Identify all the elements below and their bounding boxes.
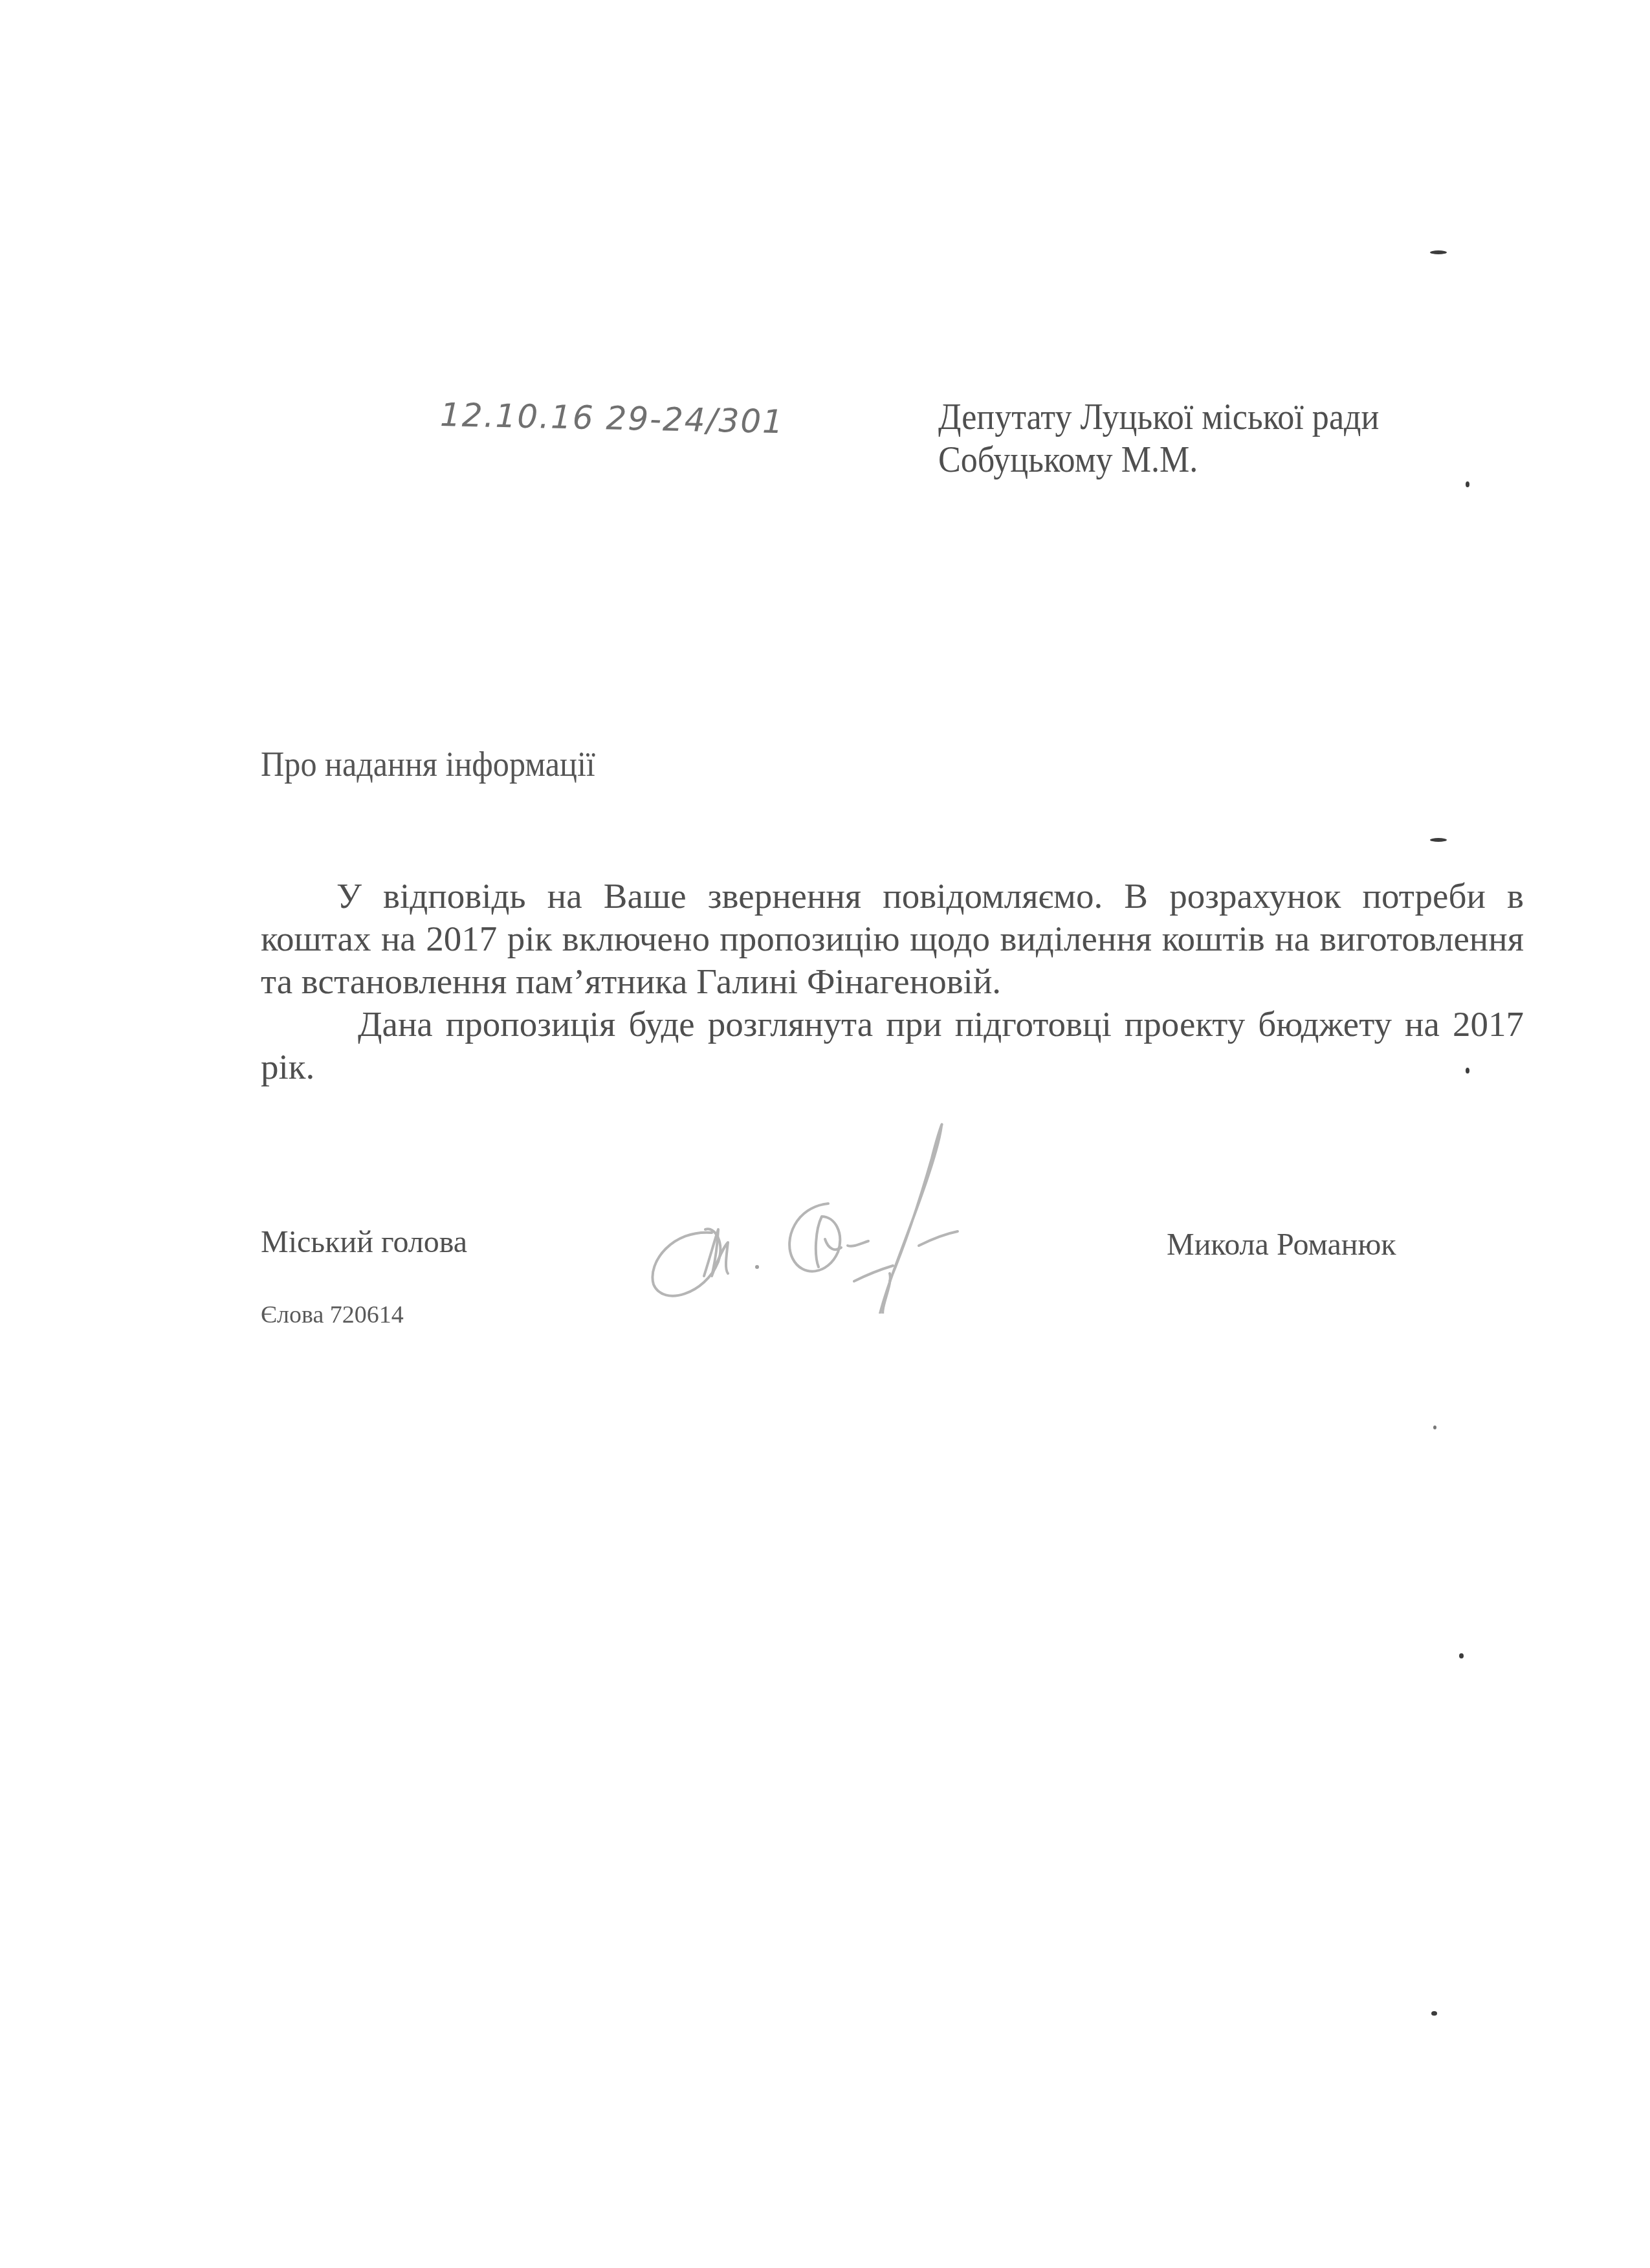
handwritten-signature-icon bbox=[634, 1100, 1126, 1314]
signatory-title: Міський голова bbox=[261, 1224, 467, 1260]
subject-line: Про надання інформації bbox=[261, 744, 595, 784]
addressee-line-2: Собуцькому М.М. bbox=[938, 439, 1379, 481]
executor-note: Єлова 720614 bbox=[261, 1301, 404, 1329]
body-paragraph-2: Дана пропозиція буде розглянута при підг… bbox=[261, 1003, 1524, 1088]
registration-number: 12.10.16 29-24/301 bbox=[439, 396, 784, 441]
scan-speck bbox=[1430, 838, 1447, 842]
scan-speck bbox=[1431, 2011, 1437, 2016]
scan-speck bbox=[1466, 1068, 1469, 1073]
letter-page: 12.10.16 29-24/301 Депутату Луцької місь… bbox=[0, 0, 1650, 2268]
addressee-block: Депутату Луцької міської ради Собуцькому… bbox=[938, 396, 1379, 481]
addressee-line-1: Депутату Луцької міської ради bbox=[938, 396, 1379, 439]
scan-speck bbox=[1459, 1653, 1464, 1658]
letter-body: У відповідь на Ваше звернення повідомляє… bbox=[261, 875, 1524, 1088]
scan-speck bbox=[1430, 250, 1447, 254]
scan-speck bbox=[1466, 481, 1469, 487]
scan-speck bbox=[1433, 1426, 1436, 1429]
body-paragraph-1: У відповідь на Ваше звернення повідомляє… bbox=[261, 875, 1524, 1003]
signatory-name: Микола Романюк bbox=[1167, 1227, 1396, 1262]
